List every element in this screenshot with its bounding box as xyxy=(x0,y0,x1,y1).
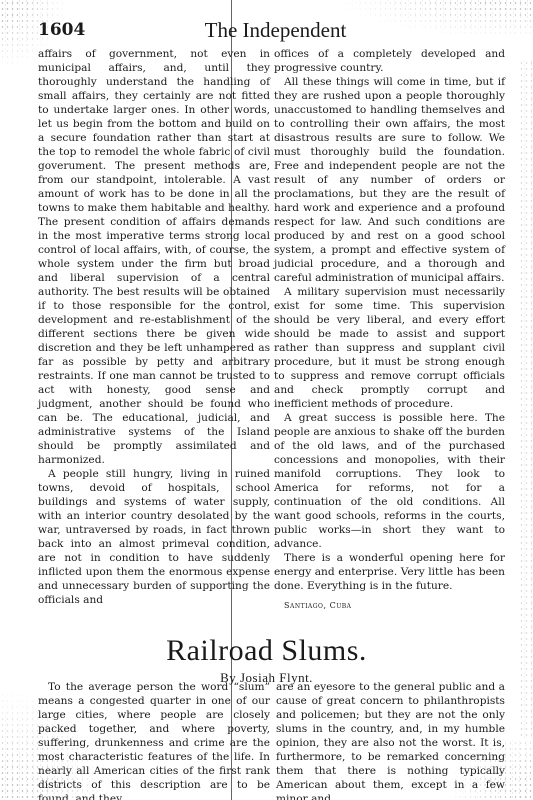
article2-right-column: are an eyesore to the general public and… xyxy=(276,680,505,800)
paragraph: A great success is possible here. The pe… xyxy=(274,411,505,551)
dateline: Santiago, Cuba xyxy=(284,599,505,613)
paragraph: A people still hungry, living in ruined … xyxy=(38,467,270,607)
article-title: Railroad Slums. xyxy=(0,634,533,668)
journal-title: The Independent xyxy=(38,18,513,43)
paragraph: are an eyesore to the general public and… xyxy=(276,680,505,800)
paragraph: affairs of government, not even in munic… xyxy=(38,47,270,467)
running-head: 1604 The Independent xyxy=(38,18,513,42)
paragraph: offices of a completely developed and pr… xyxy=(274,47,505,75)
article1-right-column: offices of a completely developed and pr… xyxy=(274,47,505,613)
article1-left-column: affairs of government, not even in munic… xyxy=(38,47,270,607)
paragraph: All these things will come in time, but … xyxy=(274,75,505,285)
paragraph: A military supervision must necessarily … xyxy=(274,285,505,411)
paragraph: To the average person the word “slum” me… xyxy=(38,680,270,800)
paragraph: There is a wonderful opening here for en… xyxy=(274,551,505,593)
article2-left-column: To the average person the word “slum” me… xyxy=(38,680,270,800)
